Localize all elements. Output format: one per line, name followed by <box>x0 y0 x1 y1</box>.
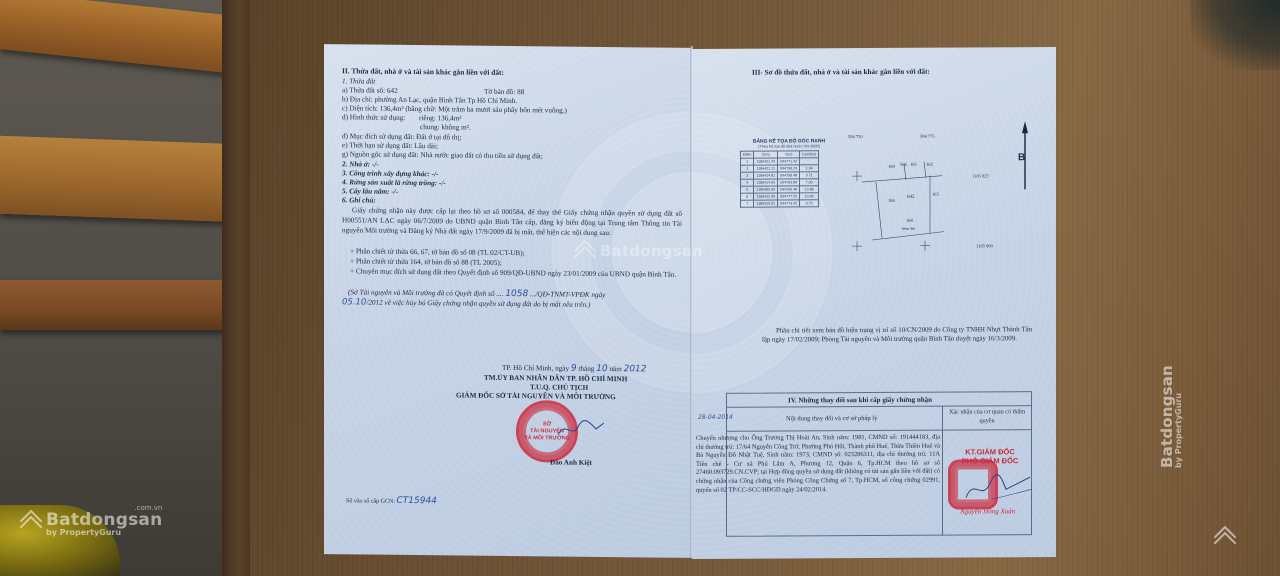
signing-month: 10 <box>596 364 607 374</box>
registry-number: CT15944 <box>397 496 437 506</box>
parcel-map <box>842 119 1042 280</box>
signing-day: 9 <box>571 364 577 374</box>
adjacent-parcel: 163 <box>932 190 939 200</box>
table-divider <box>942 406 943 536</box>
col-confirm-header: Xác nhận của cơ quan có thẩm quyền <box>944 407 1030 425</box>
coord-cell: 2 <box>741 165 754 172</box>
watermark-center: Batdongsan <box>574 240 703 262</box>
col-content-header: Nội dung thay đổi và cơ sở pháp lý <box>786 414 877 424</box>
coord-cell: 4 <box>741 179 754 186</box>
notes-paragraph: Giấy chứng nhận này được cấp lại theo hồ… <box>342 206 682 239</box>
adjacent-parcel: 162 <box>926 160 933 170</box>
parcel-label: 642 <box>907 193 915 203</box>
coord-cell: 5 <box>741 186 754 193</box>
watermark-name: Batdongsan <box>600 242 703 260</box>
notes-heading: 6. Ghi chú: <box>342 196 376 206</box>
watermark-bottom-left: .com.vn Batdongsan by PropertyGuru <box>20 505 162 537</box>
road-label: hẻm 4m <box>902 224 915 234</box>
adjacent-parcel: 166 <box>888 196 895 206</box>
changes-title: IV. Những thay đổi sau khi cấp giấy chứn… <box>788 396 932 406</box>
watermark-name: Batdongsan <box>46 512 162 529</box>
detail-note: Phần chi tiết xem bản đồ hiện trạng vị t… <box>762 325 1032 345</box>
signing-place: TP. Hồ Chí Minh, ngày <box>502 364 569 373</box>
signer-name: Đào Anh Kiệt <box>550 458 592 468</box>
year-label: năm <box>609 365 621 373</box>
cancellation-note-2: 05.10/2012 về việc hủy bỏ Giấy chứng nhậ… <box>342 298 590 310</box>
adjacent-parcel: 566 <box>900 160 907 170</box>
coord-table: ĐiểmX(m)Y(m)Cạnh(m) 11186421.43594771.42… <box>740 150 819 207</box>
coord-cell: 1 <box>741 158 754 165</box>
registry-label: Số vào sổ cấp GCN: <box>346 498 395 505</box>
coord-cell: 1186415.01 <box>754 200 778 207</box>
watermark-byline: by PropertyGuru <box>1175 365 1183 468</box>
table-edge <box>222 0 250 576</box>
certificate-left-page: II. Thửa đất, nhà ở và tài sản khác gắn … <box>324 44 692 558</box>
month-label: tháng <box>578 365 594 373</box>
north-arrow-label: B <box>1018 153 1025 163</box>
certificate-right-page: III- Sơ đồ thửa đất, nhà ở và tài sản kh… <box>692 47 1056 559</box>
chair-slat <box>0 280 232 330</box>
cancellation-prefix: (Sở Tài nguyên và Môi trường đã có Quyết… <box>348 288 504 298</box>
usage-shared: chung: không m². <box>420 123 471 133</box>
batdongsan-logo-icon <box>20 510 42 532</box>
approval-signer: Nguyễn Hồng Xuân <box>960 507 1015 517</box>
watermark-right-logo <box>1214 526 1236 548</box>
adjacent-parcel: 169 <box>888 162 895 172</box>
cancellation-number: 1058 <box>505 289 528 299</box>
cancellation-suffix: /2012 về việc hủy bỏ Giấy chứng nhận quy… <box>366 299 590 309</box>
signature-icon <box>962 467 1032 507</box>
batdongsan-logo-icon <box>574 240 596 262</box>
usage-form-label: d) Hình thức sử dụng: <box>342 113 405 123</box>
cancellation-mid: .../QĐ-TNMT-VPĐK ngày <box>530 290 605 299</box>
stamp-line: SỞ <box>543 421 551 428</box>
coord-cell: 6 <box>741 193 754 200</box>
watermark-name: Batdongsan <box>1160 365 1175 468</box>
adjacent-parcel: 165 <box>910 160 917 170</box>
chair-slat <box>0 136 240 222</box>
signing-year: 2012 <box>624 364 647 374</box>
cancellation-date: 05.10 <box>342 297 366 307</box>
coord-cell: 7 <box>741 200 754 207</box>
corner-shadow <box>1190 0 1280 70</box>
change-date: 28-04-2014 <box>698 413 733 423</box>
coord-cell: 3.75 <box>800 200 819 207</box>
signature-icon <box>556 417 606 442</box>
coord-cell: 3 <box>741 172 754 179</box>
grid-label: 1185 823 <box>972 171 989 181</box>
note-item: + Chuyển mục đích sử dụng đất theo Quyết… <box>342 267 682 280</box>
section-ii-title: II. Thửa đất, nhà ở và tài sản khác gắn … <box>342 66 504 77</box>
watermark-byline: by PropertyGuru <box>46 529 162 537</box>
section-iii-title: III- Sơ đồ thửa đất, nhà ở và tài sản kh… <box>752 68 930 79</box>
change-content: Chuyển nhượng cho Ông Trương Thị Hoài An… <box>696 434 940 495</box>
coord-column-header: Điểm <box>741 151 754 158</box>
coord-cell: 594773.42 <box>778 200 800 207</box>
grid-label: 1185 000 <box>976 241 993 251</box>
watermark-right-vertical: Batdongsan by PropertyGuru <box>1160 328 1183 468</box>
coord-row: 71186415.01594773.423.75 <box>741 200 819 207</box>
batdongsan-logo-icon <box>1214 526 1236 548</box>
grid-label: 594 775 <box>920 132 935 142</box>
registry-line: Số vào sổ cấp GCN: CT15944 <box>346 496 437 508</box>
coord-table-subtitle: (Theo hệ tọa độ nhà nước VN-2000) <box>734 144 844 149</box>
grid-label: 594 750 <box>848 132 863 142</box>
